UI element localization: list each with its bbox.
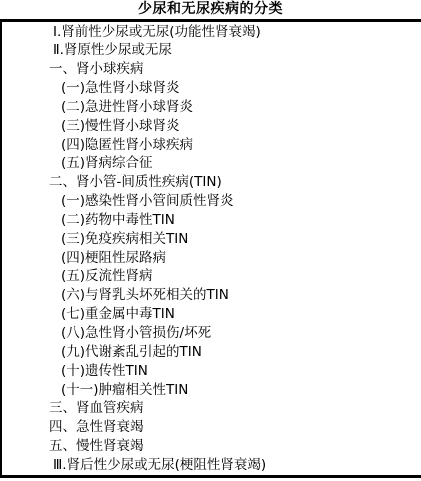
list-item: (二)急进性肾小球肾炎	[2, 98, 421, 117]
list-item: 四、急性肾衰竭	[2, 418, 421, 437]
list-item: (三)慢性肾小球肾炎	[2, 117, 421, 136]
classification-table: 少尿和无尿疾病的分类 Ⅰ.肾前性少尿或无尿(功能性肾衰竭)Ⅱ.肾原性少尿或无尿一…	[0, 0, 421, 481]
list-item: 二、肾小管-间质性疾病(TIN)	[2, 173, 421, 192]
list-item: (四)梗阻性尿路病	[2, 249, 421, 268]
list-item: (九)代谢紊乱引起的TIN	[2, 343, 421, 362]
list-item: (二)药物中毒性TIN	[2, 211, 421, 230]
list-item: (八)急性肾小管损伤/坏死	[2, 324, 421, 343]
bottom-rule	[0, 475, 421, 478]
list-item: Ⅲ.肾后性少尿或无尿(梗阻性肾衰竭)	[2, 456, 421, 475]
list-item: (十)遗传性TIN	[2, 362, 421, 381]
list-item: 一、肾小球疾病	[2, 60, 421, 79]
list-item: (五)肾病综合征	[2, 154, 421, 173]
list-item: (三)免疫疾病相关TIN	[2, 230, 421, 249]
list-item: (十一)肿瘤相关性TIN	[2, 381, 421, 400]
list-item: (一)急性肾小球肾炎	[2, 79, 421, 98]
list-item: 三、肾血管疾病	[2, 399, 421, 418]
table-body: Ⅰ.肾前性少尿或无尿(功能性肾衰竭)Ⅱ.肾原性少尿或无尿一、肾小球疾病(一)急性…	[0, 22, 421, 476]
list-item: (五)反流性肾病	[2, 267, 421, 286]
list-item: (七)重金属中毒TIN	[2, 305, 421, 324]
list-item: (一)感染性肾小管间质性肾炎	[2, 192, 421, 211]
list-item: Ⅱ.肾原性少尿或无尿	[2, 41, 421, 60]
table-title: 少尿和无尿疾病的分类	[0, 0, 421, 19]
list-item: (六)与肾乳头坏死相关的TIN	[2, 286, 421, 305]
list-item: Ⅰ.肾前性少尿或无尿(功能性肾衰竭)	[2, 23, 421, 42]
list-item: (四)隐匿性肾小球疾病	[2, 136, 421, 155]
list-item: 五、慢性肾衰竭	[2, 437, 421, 456]
